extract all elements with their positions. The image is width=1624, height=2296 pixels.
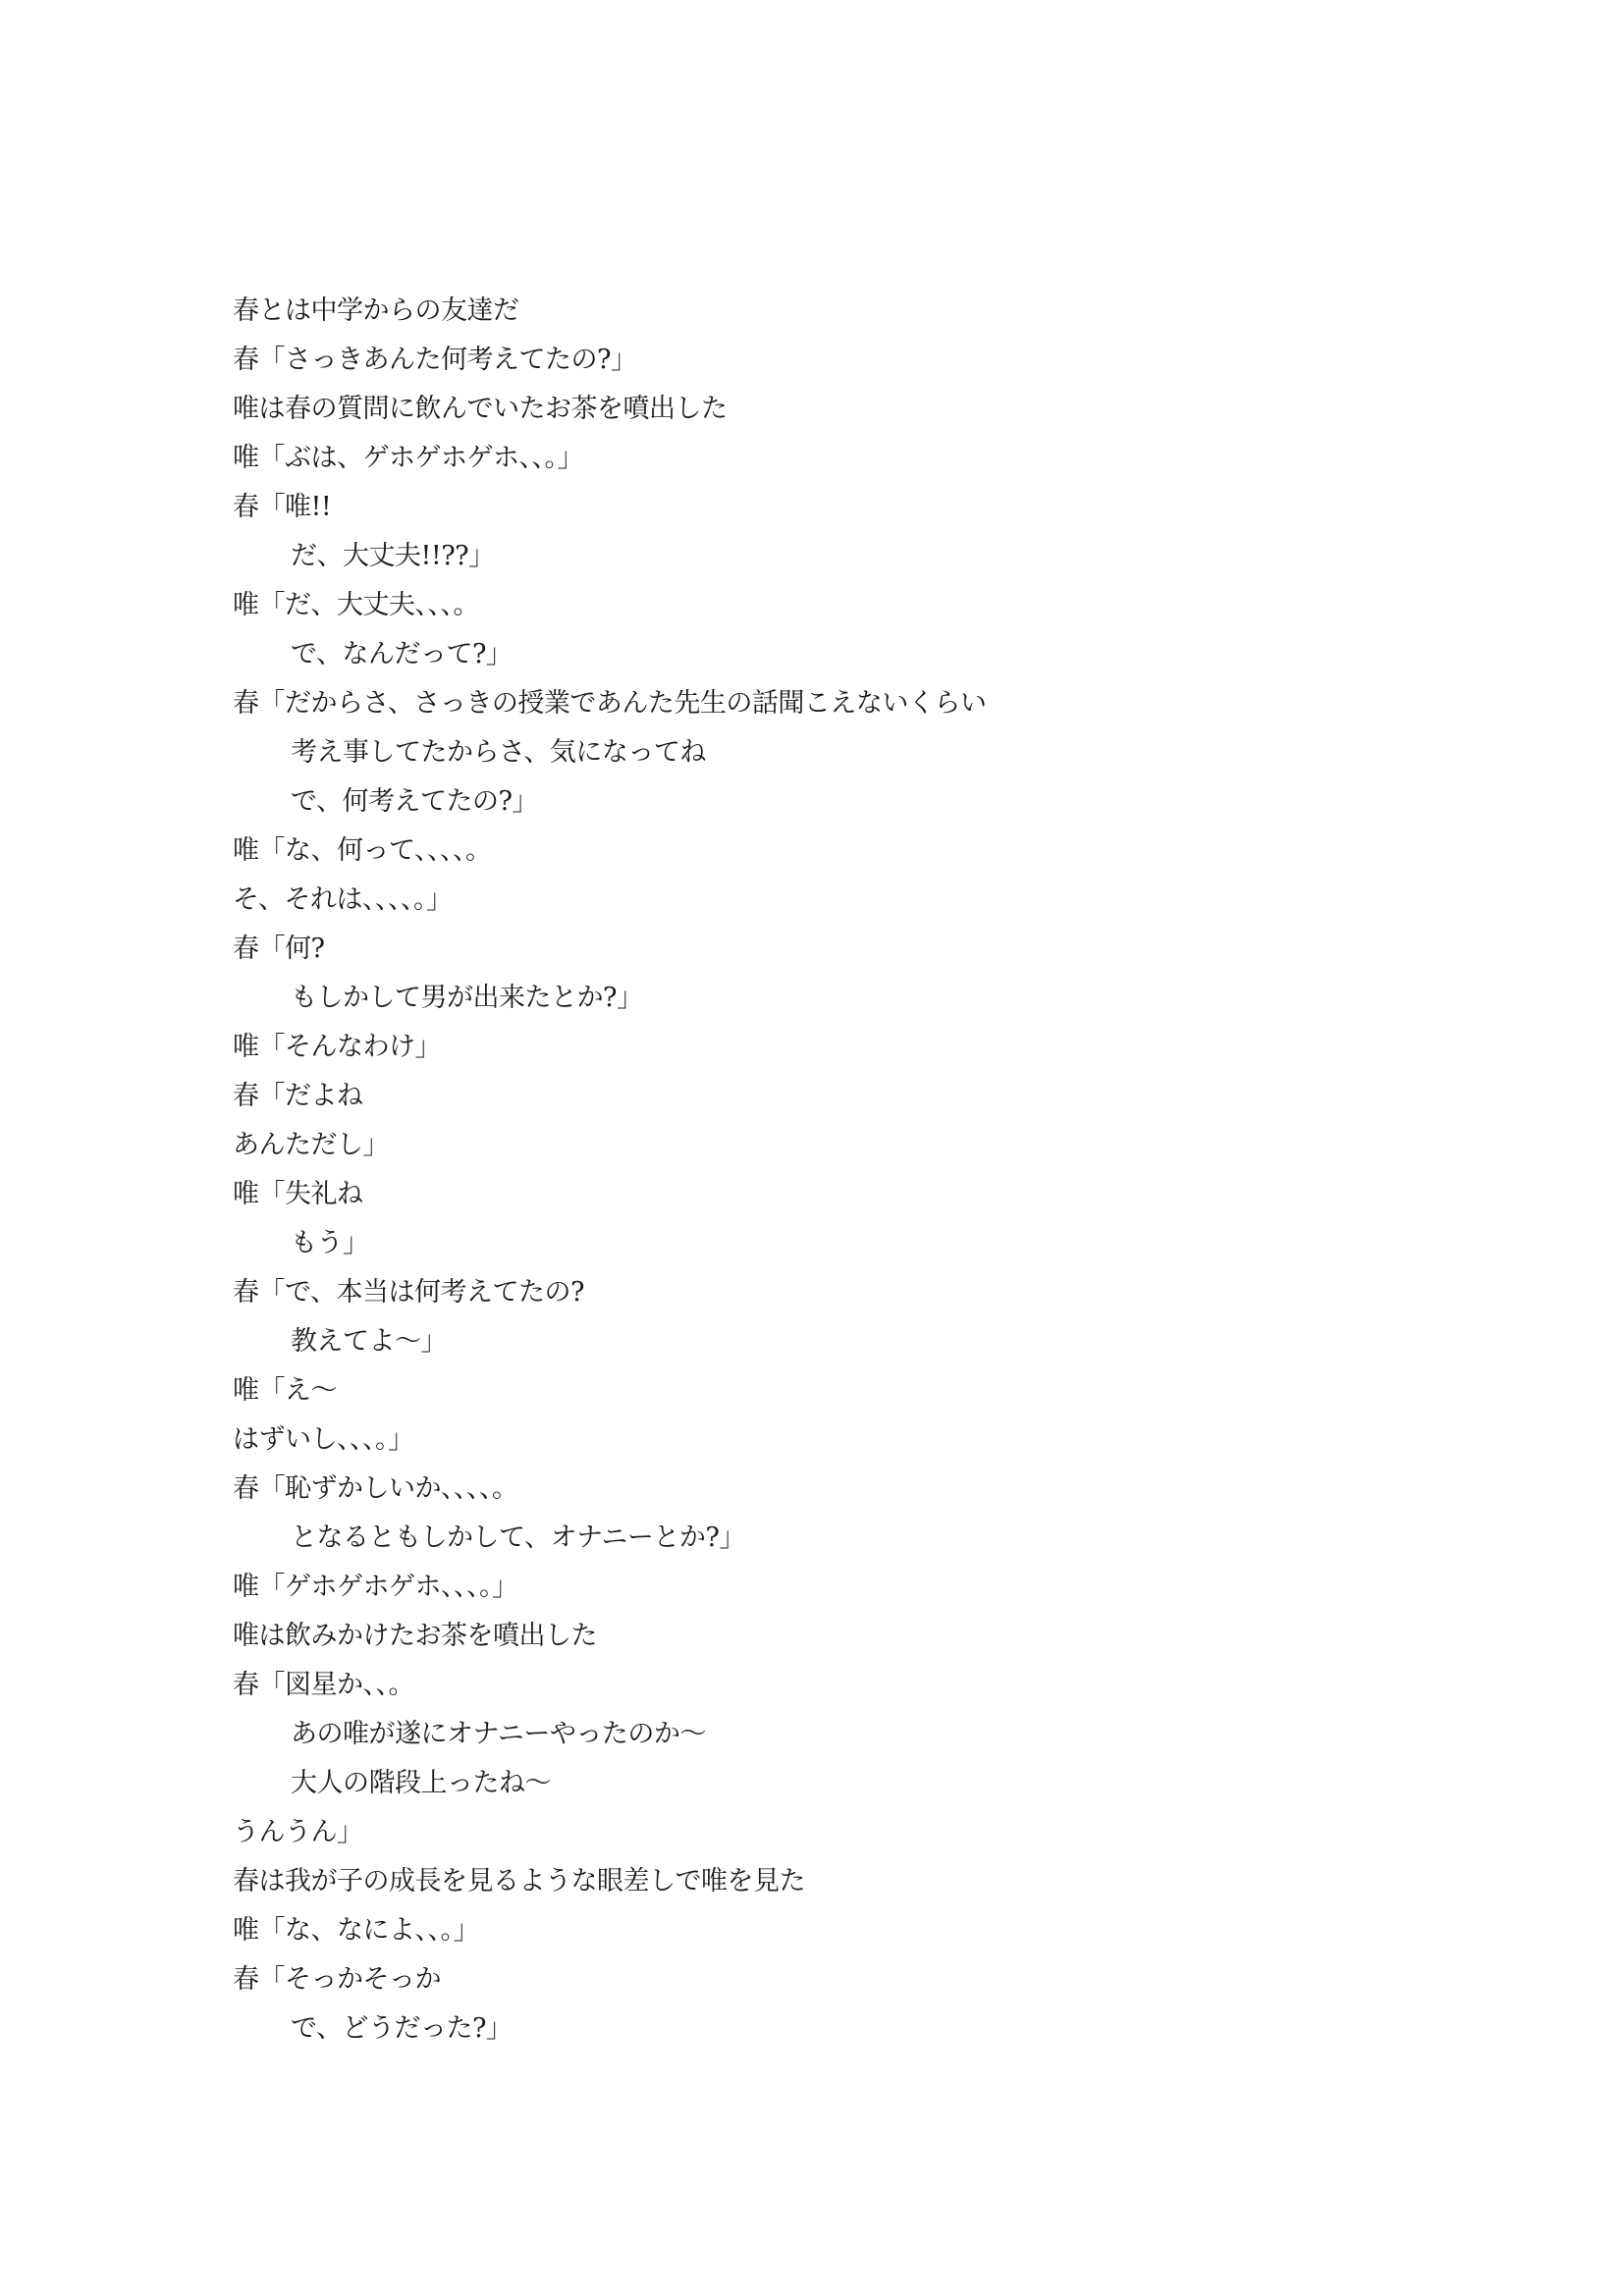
script-line-18: あんただし」 bbox=[233, 1121, 1565, 1170]
script-line-34: 唯「な、なによ、、。」 bbox=[233, 1906, 1565, 1955]
script-line-10: 考え事してたからさ、気になってね bbox=[233, 728, 1565, 777]
script-line-15: もしかして男が出来たとか?」 bbox=[233, 974, 1565, 1023]
script-line-21: 春「で、本当は何考えてたの? bbox=[233, 1268, 1565, 1317]
script-line-27: 唯「ゲホゲホゲホ、、、。」 bbox=[233, 1563, 1565, 1612]
script-line-3: 唯は春の質問に飲んでいたお茶を噴出した bbox=[233, 385, 1565, 434]
script-line-11: で、何考えてたの?」 bbox=[233, 777, 1565, 827]
script-line-22: 教えてよ〜」 bbox=[233, 1317, 1565, 1366]
document-page: 春とは中学からの友達だ 春「さっきあんた何考えてたの?」 唯は春の質問に飲んでい… bbox=[0, 0, 1624, 2296]
script-line-30: あの唯が遂にオナニーやったのか〜 bbox=[233, 1710, 1565, 1759]
script-line-20: もう」 bbox=[233, 1219, 1565, 1268]
script-line-23: 唯「え〜 bbox=[233, 1366, 1565, 1415]
script-line-24: はずいし、、、。」 bbox=[233, 1415, 1565, 1465]
script-line-25: 春「恥ずかしいか、、、、。 bbox=[233, 1465, 1565, 1514]
script-line-36: で、どうだった?」 bbox=[233, 2004, 1565, 2054]
script-line-6: だ、大丈夫!!??」 bbox=[233, 532, 1565, 581]
script-line-13: そ、それは、、、、。」 bbox=[233, 876, 1565, 925]
script-line-16: 唯「そんなわけ」 bbox=[233, 1023, 1565, 1072]
script-line-33: 春は我が子の成長を見るような眼差しで唯を見た bbox=[233, 1857, 1565, 1906]
script-line-14: 春「何? bbox=[233, 925, 1565, 974]
script-line-26: となるともしかして、オナニーとか?」 bbox=[233, 1514, 1565, 1563]
script-line-17: 春「だよね bbox=[233, 1072, 1565, 1121]
script-line-8: で、なんだって?」 bbox=[233, 630, 1565, 679]
script-line-1: 春とは中学からの友達だ bbox=[233, 287, 1565, 336]
script-line-35: 春「そっかそっか bbox=[233, 1955, 1565, 2004]
script-line-2: 春「さっきあんた何考えてたの?」 bbox=[233, 336, 1565, 385]
script-line-4: 唯「ぶは、ゲホゲホゲホ、、。」 bbox=[233, 434, 1565, 483]
script-line-29: 春「図星か、、。 bbox=[233, 1661, 1565, 1710]
script-line-9: 春「だからさ、さっきの授業であんた先生の話聞こえないくらい bbox=[233, 679, 1565, 728]
script-line-5: 春「唯!! bbox=[233, 483, 1565, 532]
script-line-28: 唯は飲みかけたお茶を噴出した bbox=[233, 1612, 1565, 1661]
script-text-block: 春とは中学からの友達だ 春「さっきあんた何考えてたの?」 唯は春の質問に飲んでい… bbox=[233, 287, 1565, 2054]
script-line-31: 大人の階段上ったね〜 bbox=[233, 1759, 1565, 1808]
script-line-19: 唯「失礼ね bbox=[233, 1170, 1565, 1219]
script-line-12: 唯「な、何って、、、、。 bbox=[233, 827, 1565, 876]
script-line-7: 唯「だ、大丈夫、、、。 bbox=[233, 581, 1565, 630]
script-line-32: うんうん」 bbox=[233, 1808, 1565, 1857]
